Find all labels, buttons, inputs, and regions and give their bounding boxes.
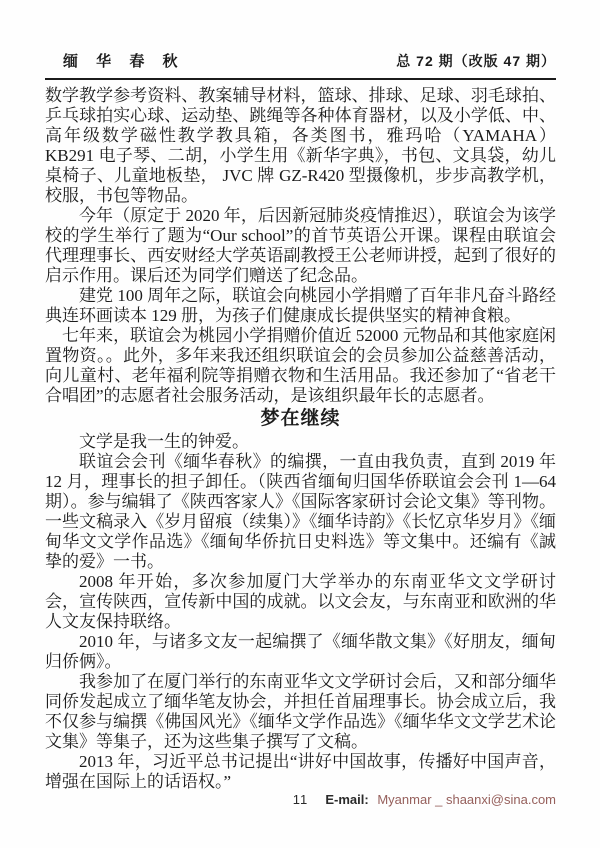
issue-info: 总 72 期（改版 47 期） xyxy=(396,51,556,71)
paragraph: 2008 年开始，多次参加厦门大学举办的东南亚华文文学研讨会，宣传陕西，宣传新中… xyxy=(45,572,556,632)
paragraph-group-bottom: 文学是我一生的钟爱。联谊会会刊《缅华春秋》的编撰，一直由我负责，直到 2019 … xyxy=(45,432,556,792)
page-footer: 11 E-mail: Myanmar _ shaanxi@sina.com xyxy=(45,792,556,810)
email-label: E-mail: xyxy=(325,792,368,807)
paragraph: 今年（原定于 2020 年，后因新冠肺炎疫情推迟），联谊会为该学校的学生举行了题… xyxy=(45,206,556,286)
paragraph: 建党 100 周年之际，联谊会向桃园小学捐赠了百年非凡奋斗路经典连环画读本 12… xyxy=(45,286,556,326)
paragraph: 文学是我一生的钟爱。 xyxy=(45,432,556,452)
magazine-page: 缅 华 春 秋 总 72 期（改版 47 期） 数学教学参考资料、教案辅导材料，… xyxy=(0,0,600,848)
page-number: 11 xyxy=(293,792,309,807)
paragraph-group-top: 数学教学参考资料、教案辅导材料，篮球、排球、足球、羽毛球拍、乒乓球拍实心球、运动… xyxy=(45,86,556,406)
paragraph: 数学教学参考资料、教案辅导材料，篮球、排球、足球、羽毛球拍、乒乓球拍实心球、运动… xyxy=(45,86,556,206)
paragraph: 我参加了在厦门举行的东南亚华文文学研讨会后，又和部分缅华同侨发起成立了缅华笔友协… xyxy=(45,672,556,752)
email-line: E-mail: Myanmar _ shaanxi@sina.com xyxy=(325,792,556,807)
paragraph: 2010 年，与诸多文友一起编撰了《缅华散文集》《好朋友，缅甸归侨俩》。 xyxy=(45,632,556,672)
paragraph: 七年来，联谊会为桃园小学捐赠价值近 52000 元物品和其他家庭闲置物资。。此外… xyxy=(45,326,556,406)
section-heading: 梦在继续 xyxy=(45,408,556,430)
paragraph: 2013 年，习近平总书记提出“讲好中国故事，传播好中国声音，增强在国际上的话语… xyxy=(45,752,556,792)
email-address: Myanmar _ shaanxi@sina.com xyxy=(377,792,556,807)
journal-title: 缅 华 春 秋 xyxy=(63,50,185,71)
page-header: 缅 华 春 秋 总 72 期（改版 47 期） xyxy=(45,50,556,80)
paragraph: 联谊会会刊《缅华春秋》的编撰，一直由我负责，直到 2019 年 12 月，理事长… xyxy=(45,452,556,572)
article-body: 数学教学参考资料、教案辅导材料，篮球、排球、足球、羽毛球拍、乒乓球拍实心球、运动… xyxy=(45,86,556,792)
